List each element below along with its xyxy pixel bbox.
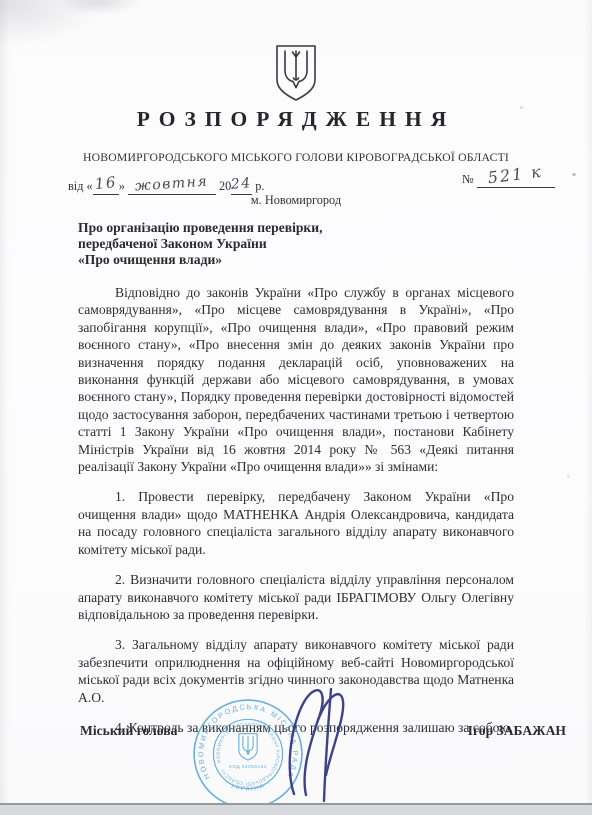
scanned-directive-page: РОЗПОРЯДЖЕННЯ НОВОМИРГОРОДСЬКОГО МІСЬКОГ… <box>0 0 592 815</box>
date-month-handwritten: жовтня <box>135 173 209 194</box>
date-after-day: » <box>119 179 125 193</box>
document-title: РОЗПОРЯДЖЕННЯ <box>0 107 592 132</box>
document-number: № 521 к <box>462 168 555 188</box>
date-day-handwritten: 16 <box>94 173 118 193</box>
subject-line-3: «Про очищення влади» <box>78 252 514 268</box>
subject-line-1: Про організацію проведення перевірки, <box>78 220 514 236</box>
scan-artifact <box>572 173 576 176</box>
scan-edge-strip <box>0 803 592 815</box>
scan-artifact <box>520 106 523 109</box>
signer-name: Ігор ЗАБАЖАН <box>468 723 566 739</box>
scan-artifact <box>567 475 570 478</box>
preamble-paragraph: Відповідно до законів України «Про служб… <box>78 284 514 475</box>
seal-code-text: КОД 04055104 <box>229 764 267 770</box>
signoff-row: Міський голова Ігор ЗАБАЖАН <box>80 723 566 739</box>
subject-heading: Про організацію проведення перевірки, пе… <box>78 220 514 268</box>
signer-position-title: Міський голова <box>80 723 177 739</box>
ukraine-trident-emblem-icon <box>274 44 318 102</box>
handwritten-signature-icon <box>268 682 364 804</box>
subject-line-2: передбаченої Законом України <box>78 236 514 252</box>
order-item-2: 2. Визначити головного спеціаліста відді… <box>78 571 514 623</box>
place-line: м. Новомиргород <box>0 193 592 208</box>
number-value-handwritten: 521 к <box>487 162 544 188</box>
number-label: № <box>462 172 474 186</box>
date-prefix: від « <box>68 179 93 193</box>
date-year-handwritten: 24 <box>230 175 252 193</box>
content-column: Про організацію проведення перевірки, пе… <box>78 220 514 736</box>
order-item-1: 1. Провести перевірку, передбачену Закон… <box>78 488 514 558</box>
issuer-line: НОВОМИРГОРОДСЬКОГО МІСЬКОГО ГОЛОВИ КІРОВ… <box>0 151 592 164</box>
date-suffix: р. <box>252 179 264 193</box>
date-year-printed: 20 <box>219 179 231 193</box>
